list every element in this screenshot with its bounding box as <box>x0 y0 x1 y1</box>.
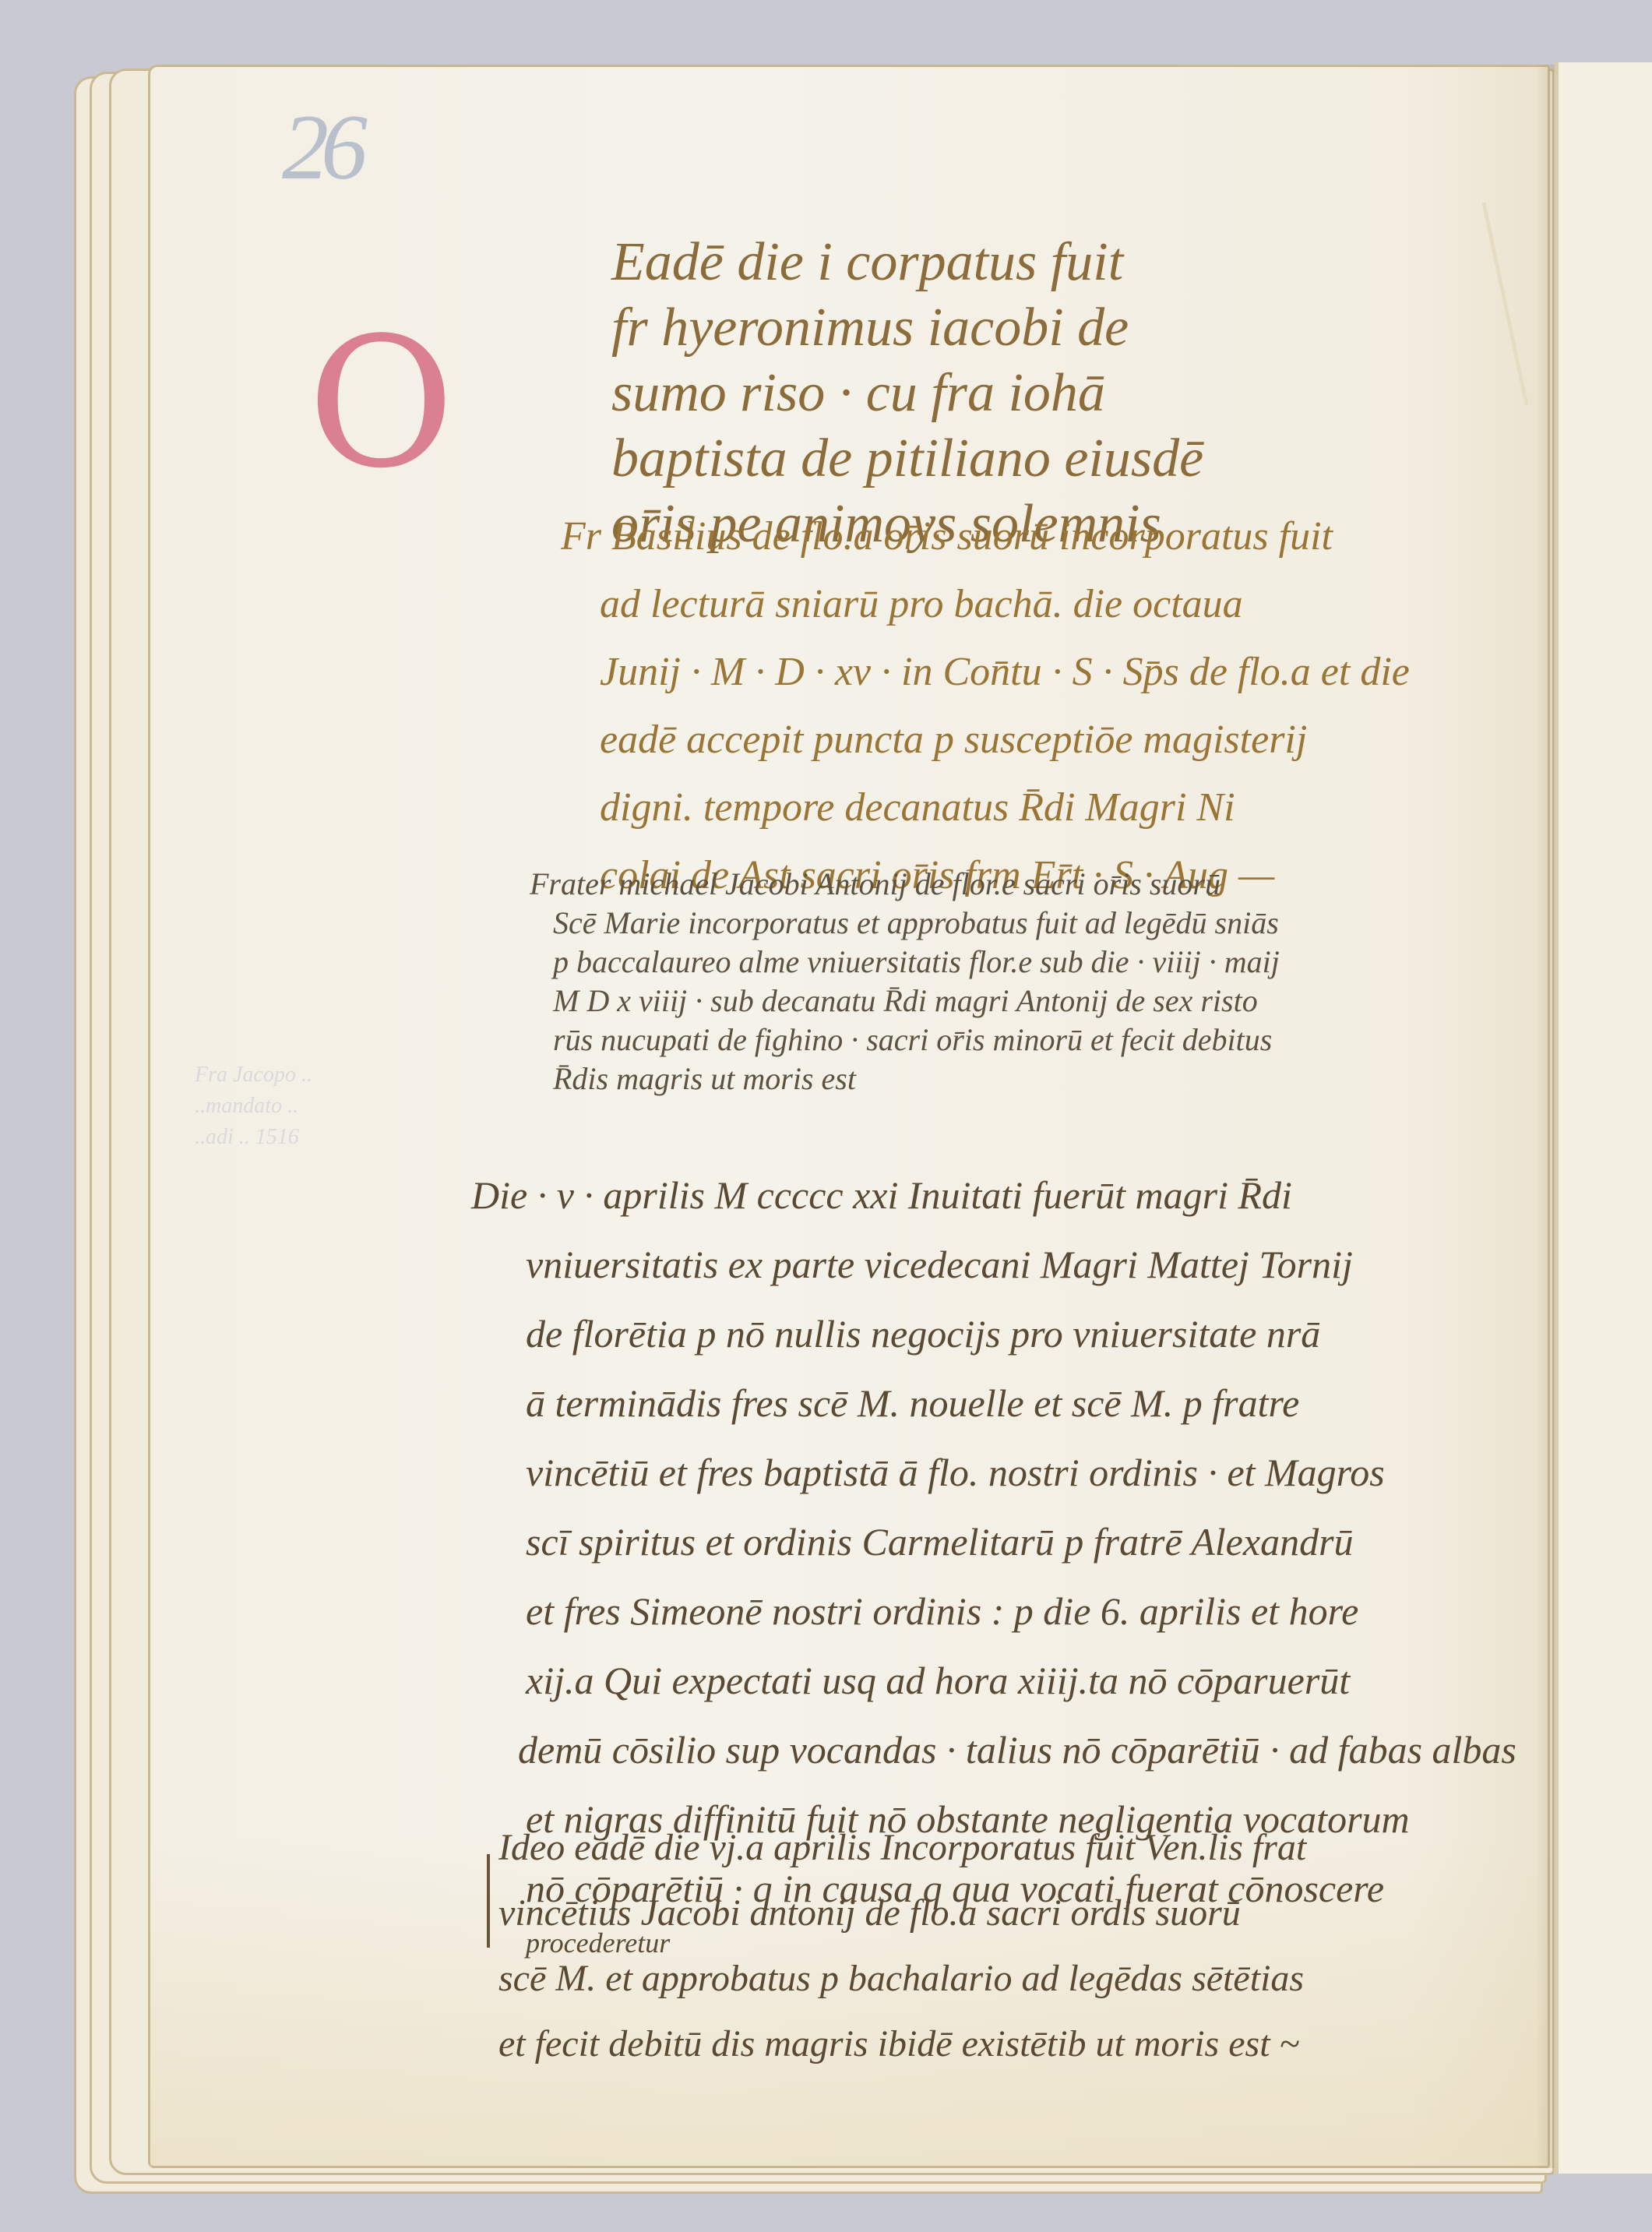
text-line: eadē accepit puncta p susceptiōe magiste… <box>561 706 1410 774</box>
text-line: ā terminādis fres scē M. nouelle et scē … <box>471 1369 1516 1438</box>
text-line: Fr Basilius de flo.a or̄is suorū incorpo… <box>561 502 1410 570</box>
text-line: R̄dis magris ut moris est <box>530 1060 1280 1098</box>
margin-line: ..adi .. 1516 <box>195 1122 312 1153</box>
text-line: Frater michael Jacobi Antonij de flor.e … <box>530 865 1280 904</box>
decorated-initial: O <box>308 300 455 508</box>
paragraph-bracket <box>487 1854 495 1948</box>
text-line: Die · v · aprilis M ccccc xxi Inuitati f… <box>471 1161 1516 1230</box>
text-line: p baccalaureo alme vniuersitatis flor.e … <box>530 943 1280 982</box>
text-line: vincētiū et fres baptistā ā flo. nostri … <box>471 1438 1516 1507</box>
text-line: scī spiritus et ordinis Carmelitarū p fr… <box>471 1507 1516 1577</box>
text-line: M D x viiij · sub decanatu R̄di magri An… <box>530 982 1280 1021</box>
text-line: rūs nucupati de fighino · sacri or̄is mi… <box>530 1021 1280 1060</box>
entry-3: Frater michael Jacobi Antonij de flor.e … <box>530 865 1280 1098</box>
text-line: vniuersitatis ex parte vicedecani Magri … <box>471 1230 1516 1299</box>
text-line: Eadē die i corpatus fuit <box>611 230 1203 295</box>
gutter-shadow <box>1536 65 1555 2168</box>
facing-page-edge <box>1554 62 1652 2174</box>
entry-5: Ideo eadē die vj.a aprilis Incorporatus … <box>498 1815 1306 2077</box>
folio-number: 26 <box>282 93 360 201</box>
text-line: et fecit debitū dis magris ibidē existēt… <box>498 2012 1306 2077</box>
text-line: xij.a Qui expectati usq ad hora xiiij.ta… <box>471 1646 1516 1715</box>
text-line: scē M. et approbatus p bachalario ad leg… <box>498 1946 1306 2012</box>
text-line: digni. tempore decanatus R̄di Magri Ni <box>561 774 1410 841</box>
text-line: Scē Marie incorporatus et approbatus fui… <box>530 904 1280 943</box>
text-line: et fres Simeonē nostri ordinis : p die 6… <box>471 1577 1516 1646</box>
text-line: baptista de pitiliano eiusdē <box>611 426 1203 492</box>
text-line: sumo riso · cu fra iohā <box>611 361 1203 426</box>
text-line: fr hyeronimus iacobi de <box>611 295 1203 361</box>
text-line: de florētia p nō nullis negocijs pro vni… <box>471 1299 1516 1369</box>
text-line: Ideo eadē die vj.a aprilis Incorporatus … <box>498 1815 1306 1881</box>
faint-margin-note: Fra Jacopo .. ..mandato .. ..adi .. 1516 <box>195 1060 312 1153</box>
margin-line: Fra Jacopo .. <box>195 1060 312 1091</box>
text-line: vincētius Jacobi antonij de flo.a sacri … <box>498 1881 1306 1946</box>
text-line: Junij · M · D · xv · in Con̄tu · S · Sp̄… <box>561 638 1410 706</box>
margin-line: ..mandato .. <box>195 1091 312 1122</box>
text-line: demū cōsilio sup vocandas · talius nō cō… <box>471 1715 1516 1785</box>
entry-2: Fr Basilius de flo.a or̄is suorū incorpo… <box>561 502 1410 909</box>
text-line: ad lecturā sniarū pro bachā. die octaua <box>561 570 1410 638</box>
